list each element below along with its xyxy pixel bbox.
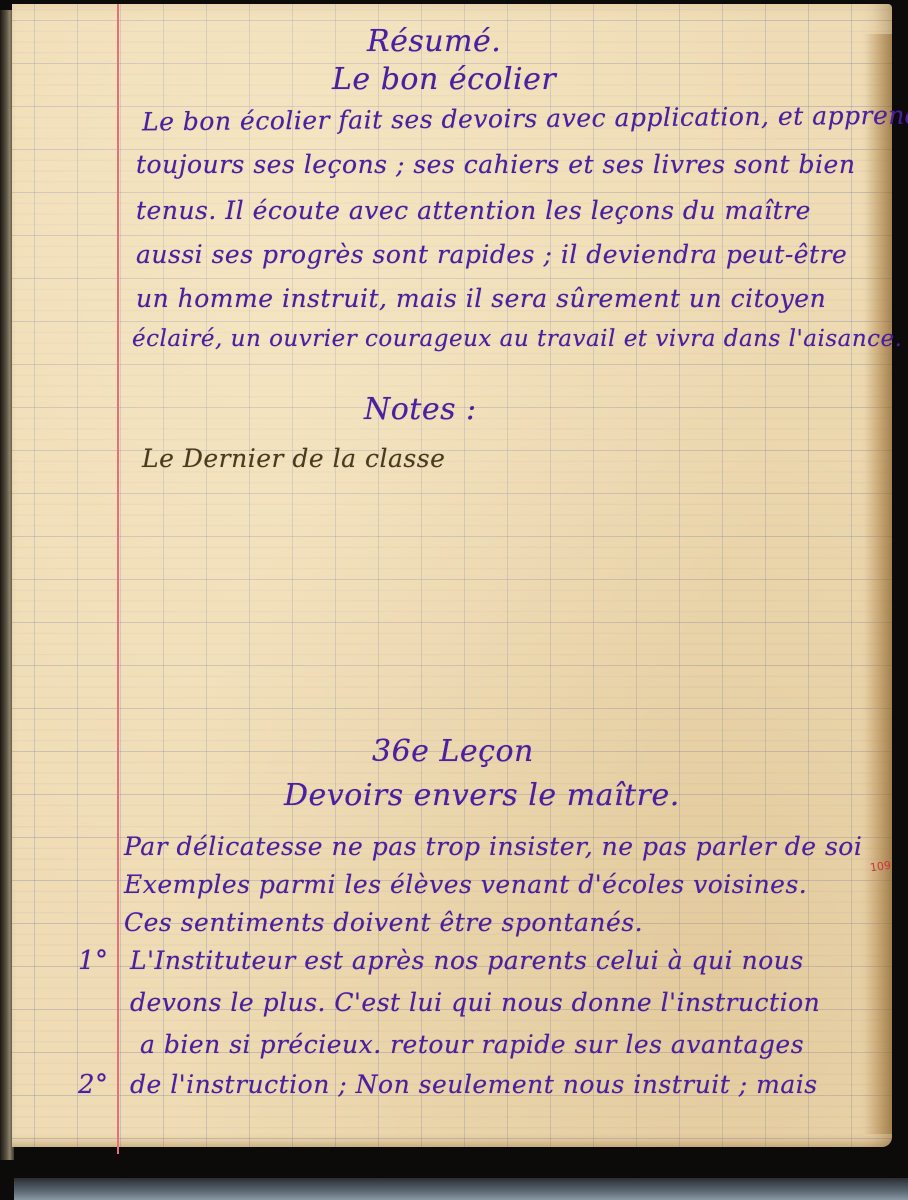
resume-line-6: éclairé, un ouvrier courageux au travail… [132, 326, 902, 352]
resume-line-3: tenus. Il écoute avec attention les leço… [136, 196, 811, 225]
resume-line-2: toujours ses leçons ; ses cahiers et ses… [136, 150, 855, 179]
point-2-line-1: de l'instruction ; Non seulement nous in… [130, 1070, 818, 1099]
lesson-heading: Devoirs envers le maître. [284, 778, 680, 813]
resume-heading: Résumé. [367, 24, 501, 59]
resume-subheading: Le bon écolier [332, 62, 556, 97]
page-binding-shadow [864, 34, 892, 1134]
notebook-page: Résumé. Le bon écolier Le bon écolier fa… [12, 4, 892, 1147]
notes-label: Notes : [364, 392, 477, 427]
point-1-marker: 1° [78, 946, 109, 976]
point-1-line-1: L'Instituteur est après nos parents celu… [130, 946, 804, 975]
lesson-line-3: Ces sentiments doivent être spontanés. [124, 908, 643, 937]
lesson-line-1: Par délicatesse ne pas trop insister, ne… [124, 832, 862, 861]
desk-surface [14, 1178, 908, 1200]
lesson-number: 36e Leçon [372, 734, 534, 769]
resume-line-5: un homme instruit, mais il sera sûrement… [136, 284, 826, 313]
resume-line-4: aussi ses progrès sont rapides ; il devi… [136, 240, 847, 269]
lesson-line-2: Exemples parmi les élèves venant d'école… [124, 870, 807, 899]
point-1-line-2: devons le plus. C'est lui qui nous donne… [130, 988, 820, 1017]
point-1-line-3: a bien si précieux. retour rapide sur le… [140, 1030, 804, 1059]
teacher-comment: Le Dernier de la classe [142, 444, 445, 473]
red-margin-line [117, 4, 119, 1154]
point-2-marker: 2° [78, 1070, 109, 1100]
resume-line-1: Le bon écolier fait ses devoirs avec app… [142, 101, 908, 137]
